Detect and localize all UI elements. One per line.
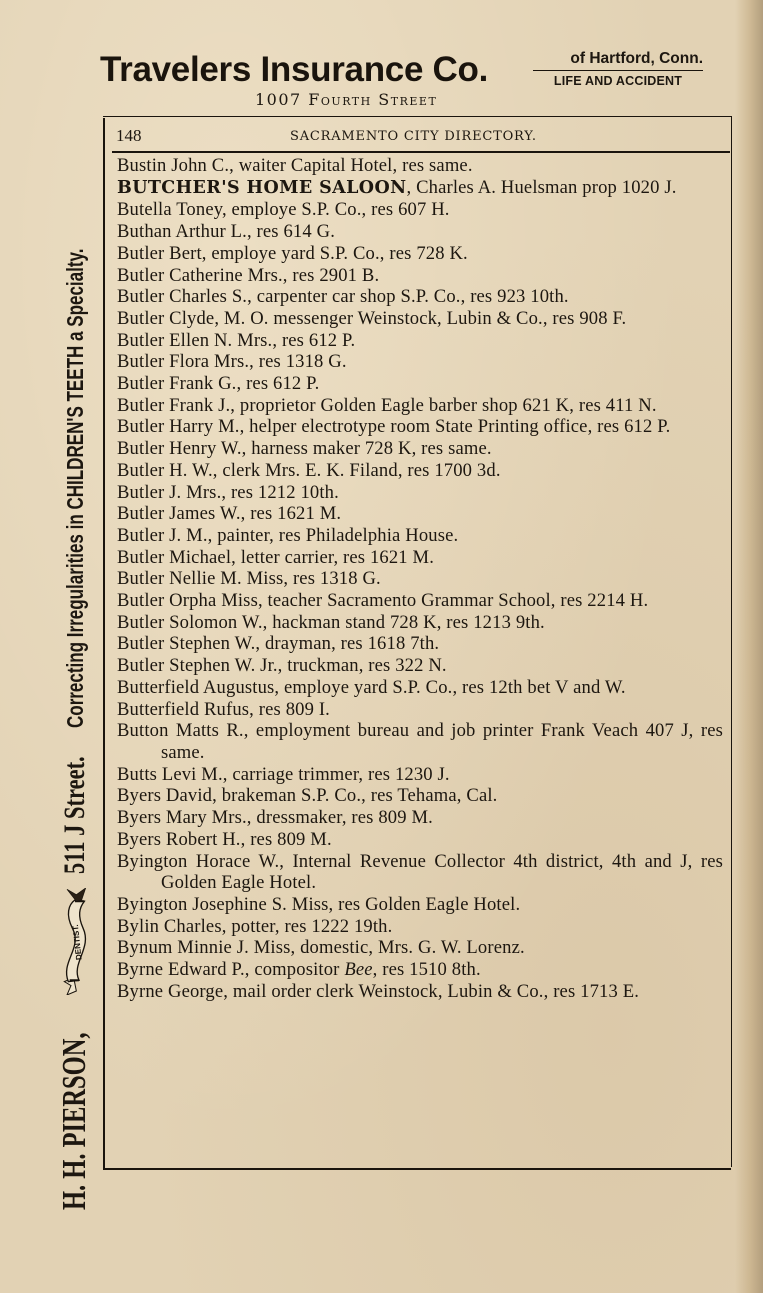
directory-entry: Button Matts R., employment bureau and j…	[117, 720, 723, 763]
directory-entry: Bynum Minnie J. Miss, domestic, Mrs. G. …	[117, 937, 723, 959]
directory-entry: Butler Bert, employe yard S.P. Co., res …	[117, 243, 723, 265]
directory-entry: Butler Flora Mrs., res 1318 G.	[117, 351, 723, 373]
dentist-banner-icon: DENTIST.	[55, 888, 95, 995]
directory-entry: Bustin John C., waiter Capital Hotel, re…	[117, 155, 723, 177]
directory-entry: Butler Catherine Mrs., res 2901 B.	[117, 265, 723, 287]
directory-entry: Butler Stephen W. Jr., truckman, res 322…	[117, 655, 723, 677]
directory-entry: Byington Horace W., Internal Revenue Col…	[117, 851, 723, 894]
directory-entries: Bustin John C., waiter Capital Hotel, re…	[117, 155, 723, 1002]
directory-entry: Butterfield Rufus, res 809 I.	[117, 699, 723, 721]
directory-entry: Butler Henry W., harness maker 728 K, re…	[117, 438, 723, 460]
business-name: BUTCHER'S HOME SALOON	[117, 178, 407, 198]
ad-address: 1007 Fourth Street	[255, 90, 437, 110]
directory-entry: Byers Mary Mrs., dressmaker, res 809 M.	[117, 807, 723, 829]
side-ad-specialty: Correcting Irregularities in CHILDREN'S …	[62, 248, 89, 727]
directory-entry: Butler J. M., painter, res Philadelphia …	[117, 525, 723, 547]
side-ad-street: 511 J Street.	[58, 769, 92, 874]
directory-entry: Butler Harry M., helper electrotype room…	[117, 416, 723, 438]
directory-entry: Byrne Edward P., compositor Bee, res 151…	[117, 959, 723, 981]
directory-entry: Buthan Arthur L., res 614 G.	[117, 221, 723, 243]
newspaper-name: Bee	[344, 959, 372, 980]
directory-entry: Butler Michael, letter carrier, res 1621…	[117, 547, 723, 569]
page-frame-left-rule	[103, 118, 105, 1168]
directory-entry: Butterfield Augustus, employe yard S.P. …	[117, 677, 723, 699]
directory-entry: Bylin Charles, potter, res 1222 19th.	[117, 916, 723, 938]
header-advertisement: Travelers Insurance Co. of Hartford, Con…	[100, 48, 710, 112]
directory-entry: Byers David, brakeman S.P. Co., res Teha…	[117, 785, 723, 807]
directory-entry: Butts Levi M., carriage trimmer, res 123…	[117, 764, 723, 786]
directory-entry: Butler Orpha Miss, teacher Sacramento Gr…	[117, 590, 723, 612]
ad-side-block: of Hartford, Conn. LIFE AND ACCIDENT	[533, 50, 703, 89]
directory-entry: Byington Josephine S. Miss, res Golden E…	[117, 894, 723, 916]
directory-entry: Butler James W., res 1621 M.	[117, 503, 723, 525]
directory-entry-business: BUTCHER'S HOME SALOON, Charles A. Huelsm…	[117, 177, 723, 200]
directory-entry: Byers Robert H., res 809 M.	[117, 829, 723, 851]
directory-entry: Butler Stephen W., drayman, res 1618 7th…	[117, 633, 723, 655]
ad-company-name: Travelers Insurance Co.	[100, 48, 488, 92]
directory-entry: Butler Solomon W., hackman stand 728 K, …	[117, 612, 723, 634]
side-ad-name: H. H. PIERSON,	[56, 1055, 94, 1210]
directory-entry: Butler Charles S., carpenter car shop S.…	[117, 286, 723, 308]
ad-lines: LIFE AND ACCIDENT	[533, 71, 703, 89]
directory-entry: Butler Frank G., res 612 P.	[117, 373, 723, 395]
running-title: SACRAMENTO CITY DIRECTORY.	[290, 129, 537, 144]
directory-entry: Butler H. W., clerk Mrs. E. K. Filand, r…	[117, 460, 723, 482]
bottom-rule	[103, 1168, 731, 1170]
directory-entry: Butler Frank J., proprietor Golden Eagle…	[117, 395, 723, 417]
header-rule	[112, 151, 730, 153]
directory-entry: Butler J. Mrs., res 1212 10th.	[117, 482, 723, 504]
directory-entry: Butler Ellen N. Mrs., res 612 P.	[117, 330, 723, 352]
directory-entry: Butler Clyde, M. O. messenger Weinstock,…	[117, 308, 723, 330]
ad-location: of Hartford, Conn.	[533, 50, 703, 71]
running-head: 148 SACRAMENTO CITY DIRECTORY.	[112, 126, 722, 150]
directory-entry: Butella Toney, employe S.P. Co., res 607…	[117, 199, 723, 221]
page-number: 148	[116, 126, 142, 146]
directory-entry: Butler Nellie M. Miss, res 1318 G.	[117, 568, 723, 590]
side-advertisement: H. H. PIERSON, DENTIST. 511 J Street. Co…	[55, 80, 95, 1210]
directory-entry: Byrne George, mail order clerk Weinstock…	[117, 981, 723, 1003]
